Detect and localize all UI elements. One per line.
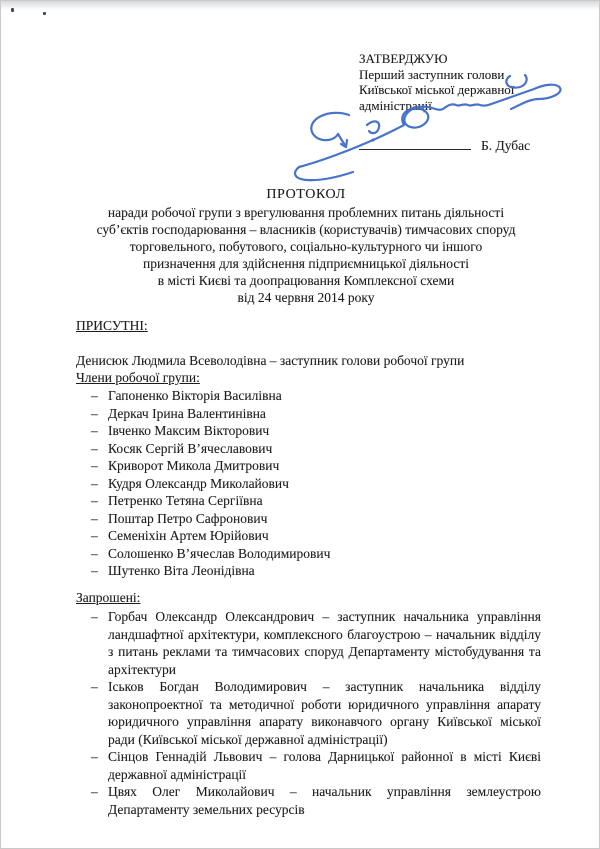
- title-line: суб’єктів господарювання – власників (ко…: [61, 221, 551, 238]
- list-dash: –: [91, 440, 108, 458]
- member-item: – Шутенко Віта Леонідівна: [76, 562, 541, 580]
- list-dash: –: [91, 545, 108, 563]
- member-name: Косяк Сергій В’ячеславович: [108, 440, 541, 458]
- scan-speck: [43, 12, 46, 15]
- signature-row: Б. Дубас: [359, 137, 584, 154]
- chair-line: Денисюк Людмила Всеволодівна – заступник…: [76, 352, 541, 369]
- scanned-protocol-page: ЗАТВЕРДЖУЮ Перший заступник голови Київс…: [0, 0, 600, 849]
- approval-line: Перший заступник голови: [359, 67, 584, 83]
- member-name: Деркач Ірина Валентинівна: [108, 405, 541, 423]
- member-item: – Кудря Олександр Миколайович: [76, 475, 541, 493]
- approval-line: адміністрації: [359, 98, 584, 114]
- member-name: Шутенко Віта Леонідівна: [108, 562, 541, 580]
- approval-line: ЗАТВЕРДЖУЮ: [359, 51, 584, 67]
- list-dash: –: [91, 527, 108, 545]
- invited-list: – Горбач Олександр Олександрович – засту…: [76, 608, 541, 818]
- member-item: – Семеніхін Артем Юрійович: [76, 527, 541, 545]
- present-section: ПРИСУТНІ: Денисюк Людмила Всеволодівна –…: [76, 317, 541, 580]
- list-dash: –: [91, 387, 108, 405]
- list-dash: –: [91, 562, 108, 580]
- member-name: Петренко Тетяна Сергіївна: [108, 492, 541, 510]
- title-line: в місті Києві та доопрацювання Комплексн…: [61, 272, 551, 289]
- member-item: – Криворот Микола Дмитрович: [76, 457, 541, 475]
- member-name: Поштар Петро Сафронович: [108, 510, 541, 528]
- invited-person-description: Іськов Богдан Володимирович – заступник …: [108, 678, 541, 748]
- approval-line: Київської міської державної: [359, 82, 584, 98]
- list-dash: –: [91, 678, 108, 696]
- member-item: – Косяк Сергій В’ячеславович: [76, 440, 541, 458]
- title-block: ПРОТОКОЛ наради робочої групи з врегулюв…: [61, 186, 551, 306]
- member-name: Кудря Олександр Миколайович: [108, 475, 541, 493]
- list-dash: –: [91, 405, 108, 423]
- member-name: Гапоненко Вікторія Василівна: [108, 387, 541, 405]
- approval-block: ЗАТВЕРДЖУЮ Перший заступник голови Київс…: [359, 51, 584, 154]
- document-title: ПРОТОКОЛ: [61, 186, 551, 203]
- signatory-name: Б. Дубас: [481, 138, 530, 153]
- scan-speck: [11, 8, 14, 12]
- invited-item: – Іськов Богдан Володимирович – заступни…: [76, 678, 541, 748]
- list-dash: –: [91, 492, 108, 510]
- member-name: Солошенко В’ячеслав Володимирович: [108, 545, 541, 563]
- present-heading: ПРИСУТНІ:: [76, 317, 541, 334]
- title-line: від 24 червня 2014 року: [61, 289, 551, 306]
- signature-underline: [359, 137, 471, 150]
- invited-person-description: Цвях Олег Миколайович – начальник управл…: [108, 783, 541, 818]
- list-dash: –: [91, 608, 108, 626]
- invited-item: – Цвях Олег Миколайович – начальник упра…: [76, 783, 541, 818]
- title-line: наради робочої групи з врегулювання проб…: [61, 204, 551, 221]
- members-heading: Члени робочої групи:: [76, 369, 541, 386]
- member-item: – Поштар Петро Сафронович: [76, 510, 541, 528]
- title-subtitle-lines: наради робочої групи з врегулювання проб…: [61, 204, 551, 306]
- member-name: Криворот Микола Дмитрович: [108, 457, 541, 475]
- member-item: – Івченко Максим Вікторович: [76, 422, 541, 440]
- invited-section: Запрошені: – Горбач Олександр Олександро…: [76, 589, 541, 818]
- invited-item: – Горбач Олександр Олександрович – засту…: [76, 608, 541, 678]
- list-dash: –: [91, 475, 108, 493]
- scan-shadow-artifact: [1, 1, 599, 10]
- title-line: призначення для здійснення підприємницьк…: [61, 255, 551, 272]
- invited-item: – Сінцов Геннадій Львович – голова Дарни…: [76, 748, 541, 783]
- list-dash: –: [91, 457, 108, 475]
- invited-person-description: Горбач Олександр Олександрович – заступн…: [108, 608, 541, 678]
- list-dash: –: [91, 510, 108, 528]
- list-dash: –: [91, 783, 108, 801]
- member-name: Івченко Максим Вікторович: [108, 422, 541, 440]
- approval-lines: ЗАТВЕРДЖУЮ Перший заступник голови Київс…: [359, 51, 584, 113]
- member-item: – Гапоненко Вікторія Василівна: [76, 387, 541, 405]
- member-item: – Деркач Ірина Валентинівна: [76, 405, 541, 423]
- list-dash: –: [91, 748, 108, 766]
- title-line: торговельного, побутового, соціально-кул…: [61, 238, 551, 255]
- member-name: Семеніхін Артем Юрійович: [108, 527, 541, 545]
- invited-person-description: Сінцов Геннадій Львович – голова Дарниць…: [108, 748, 541, 783]
- members-list: – Гапоненко Вікторія Василівна – Деркач …: [76, 387, 541, 580]
- list-dash: –: [91, 422, 108, 440]
- invited-heading: Запрошені:: [76, 589, 541, 606]
- member-item: – Петренко Тетяна Сергіївна: [76, 492, 541, 510]
- member-item: – Солошенко В’ячеслав Володимирович: [76, 545, 541, 563]
